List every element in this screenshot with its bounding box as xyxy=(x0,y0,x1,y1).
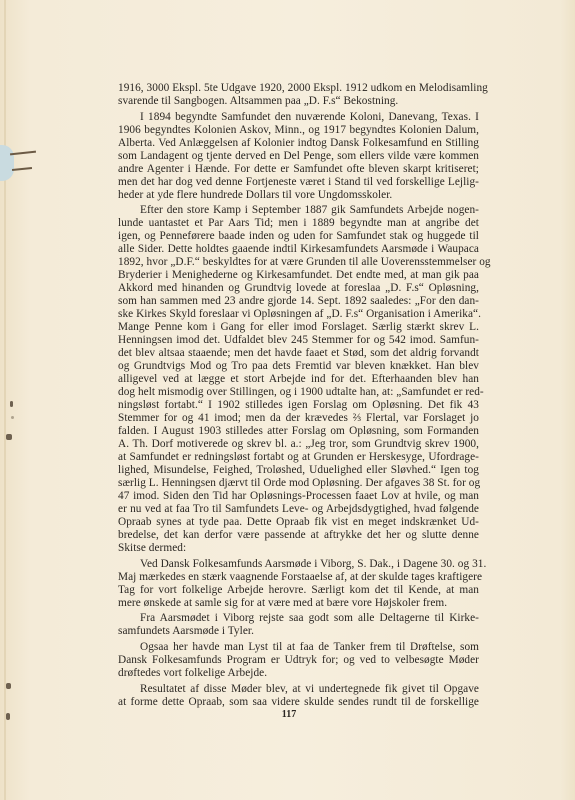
text-line: Henningsen imod det. Udfaldet blev 245 S… xyxy=(118,334,479,347)
page-spine-shadow xyxy=(4,0,6,800)
margin-stain xyxy=(11,416,14,419)
text-line: A. Th. Dorf motiverede og skrev bl. a.: … xyxy=(118,438,479,451)
text-line: at Samfundet er redningsløst fortabt og … xyxy=(118,451,479,464)
text-line: alligevel ved at lægge et stort Arbejde … xyxy=(118,373,479,386)
text-line: Mange Penne kom i Gang for eller imod Fo… xyxy=(118,321,479,334)
text-line: Ogsaa her havde man Lyst til at faa de T… xyxy=(118,641,479,654)
text-line: Efter den store Kamp i September 1887 gi… xyxy=(118,204,479,217)
text-line: alle Sider. Dette holdtes gaaende indtil… xyxy=(118,243,479,256)
text-line: heder at yde flere hundrede Dollars til … xyxy=(118,189,479,202)
page-number: 117 xyxy=(280,709,298,720)
text-line: og Grundtvigs Mod og Tro paa dets Fremti… xyxy=(118,360,479,373)
text-line: Resultatet af disse Møder blev, at vi un… xyxy=(118,683,479,696)
tear-edge-mark xyxy=(10,151,36,156)
text-line: dog helt mismodig over Stillingen, og i … xyxy=(118,386,479,399)
margin-stain xyxy=(6,683,11,689)
text-line: Bryderier i Menighederne og Kirkesamfund… xyxy=(118,269,479,282)
margin-stain xyxy=(6,434,12,440)
margin-stain xyxy=(6,713,10,720)
text-line: samfundets Aarsmøde i Tyler. xyxy=(118,625,479,638)
text-line: ningsløst fortabt.“ I 1902 stilledes ige… xyxy=(118,399,479,412)
text-line: drøftedes vort folkelige Arbejde. xyxy=(118,667,479,680)
text-line: særlig L. Henningsen djærvt til Orde mod… xyxy=(118,477,479,490)
page-tear xyxy=(0,145,14,181)
text-line: falden. I August 1903 stilledes atter Fo… xyxy=(118,425,479,438)
text-line: I 1894 begyndte Samfundet den nuværende … xyxy=(118,111,479,124)
text-line: 1916, 3000 Ekspl. 5te Udgave 1920, 2000 … xyxy=(118,82,479,95)
text-line: 1906 begyndtes Kolonien Askov, Minn., og… xyxy=(118,124,479,137)
text-line: Skitse dermed: xyxy=(118,542,479,555)
text-line: er nu ved at faa Tro til Samfundets Leve… xyxy=(118,503,479,516)
text-line: 47 imod. Siden den Tid har Opløsnings-Pr… xyxy=(118,490,479,503)
text-line: andre Agenter i Hænde. For dette er Samf… xyxy=(118,163,479,176)
text-line: Alberta. Ved Anlæggelsen af Kolonier ind… xyxy=(118,137,479,150)
body-text: 1916, 3000 Ekspl. 5te Udgave 1920, 2000 … xyxy=(118,82,479,709)
text-line: det blev altsaa staaende; men det havde … xyxy=(118,347,479,360)
text-line: svarende til Sangbogen. Altsammen paa „D… xyxy=(118,95,479,108)
text-line: mere ønskede at samle sig for at være me… xyxy=(118,597,479,610)
text-line: Maj mærkedes en stærk vaagnende Forstaae… xyxy=(118,571,479,584)
text-line: Akkord med hinanden og Grundtvig lovede … xyxy=(118,282,479,295)
text-line: Opraab synes at tyde paa. Dette Opraab f… xyxy=(118,516,479,529)
text-line: at forme dette Opraab, som saa videre sk… xyxy=(118,696,479,709)
text-line: Dansk Folkesamfunds Program er Udtryk fo… xyxy=(118,654,479,667)
text-line: 1892, hvor „D.F.“ beskyldtes for at være… xyxy=(118,256,479,269)
text-line: Stemmer for og 41 imod; men da der kræve… xyxy=(118,412,479,425)
text-line: Tag for vort folkelige Arbejde herovre. … xyxy=(118,584,479,597)
scanned-page: 1916, 3000 Ekspl. 5te Udgave 1920, 2000 … xyxy=(0,0,575,800)
text-line: bredelse, det kan derfor være passende a… xyxy=(118,529,479,542)
text-line: men det har dog ved denne Fortjeneste væ… xyxy=(118,176,479,189)
tear-edge-mark xyxy=(12,167,32,171)
margin-stain xyxy=(10,401,13,407)
text-line: igen, og Penneførere baade inden og uden… xyxy=(118,230,479,243)
text-line: Fra Aarsmødet i Viborg rejste saa godt s… xyxy=(118,612,479,625)
text-line: ske Kirkes Skyld foreslaar vi Opløsninge… xyxy=(118,308,479,321)
text-line: Ved Dansk Folkesamfunds Aarsmøde i Vibor… xyxy=(118,558,479,571)
text-line: som han sammen med 23 andre gjorde 14. S… xyxy=(118,295,479,308)
text-line: lunde uantastet et Par Aars Tid; men i 1… xyxy=(118,217,479,230)
text-line: som Landagent og tjente derved en Del Pe… xyxy=(118,150,479,163)
text-line: lighed, Misundelse, Feighed, Troløshed, … xyxy=(118,464,479,477)
